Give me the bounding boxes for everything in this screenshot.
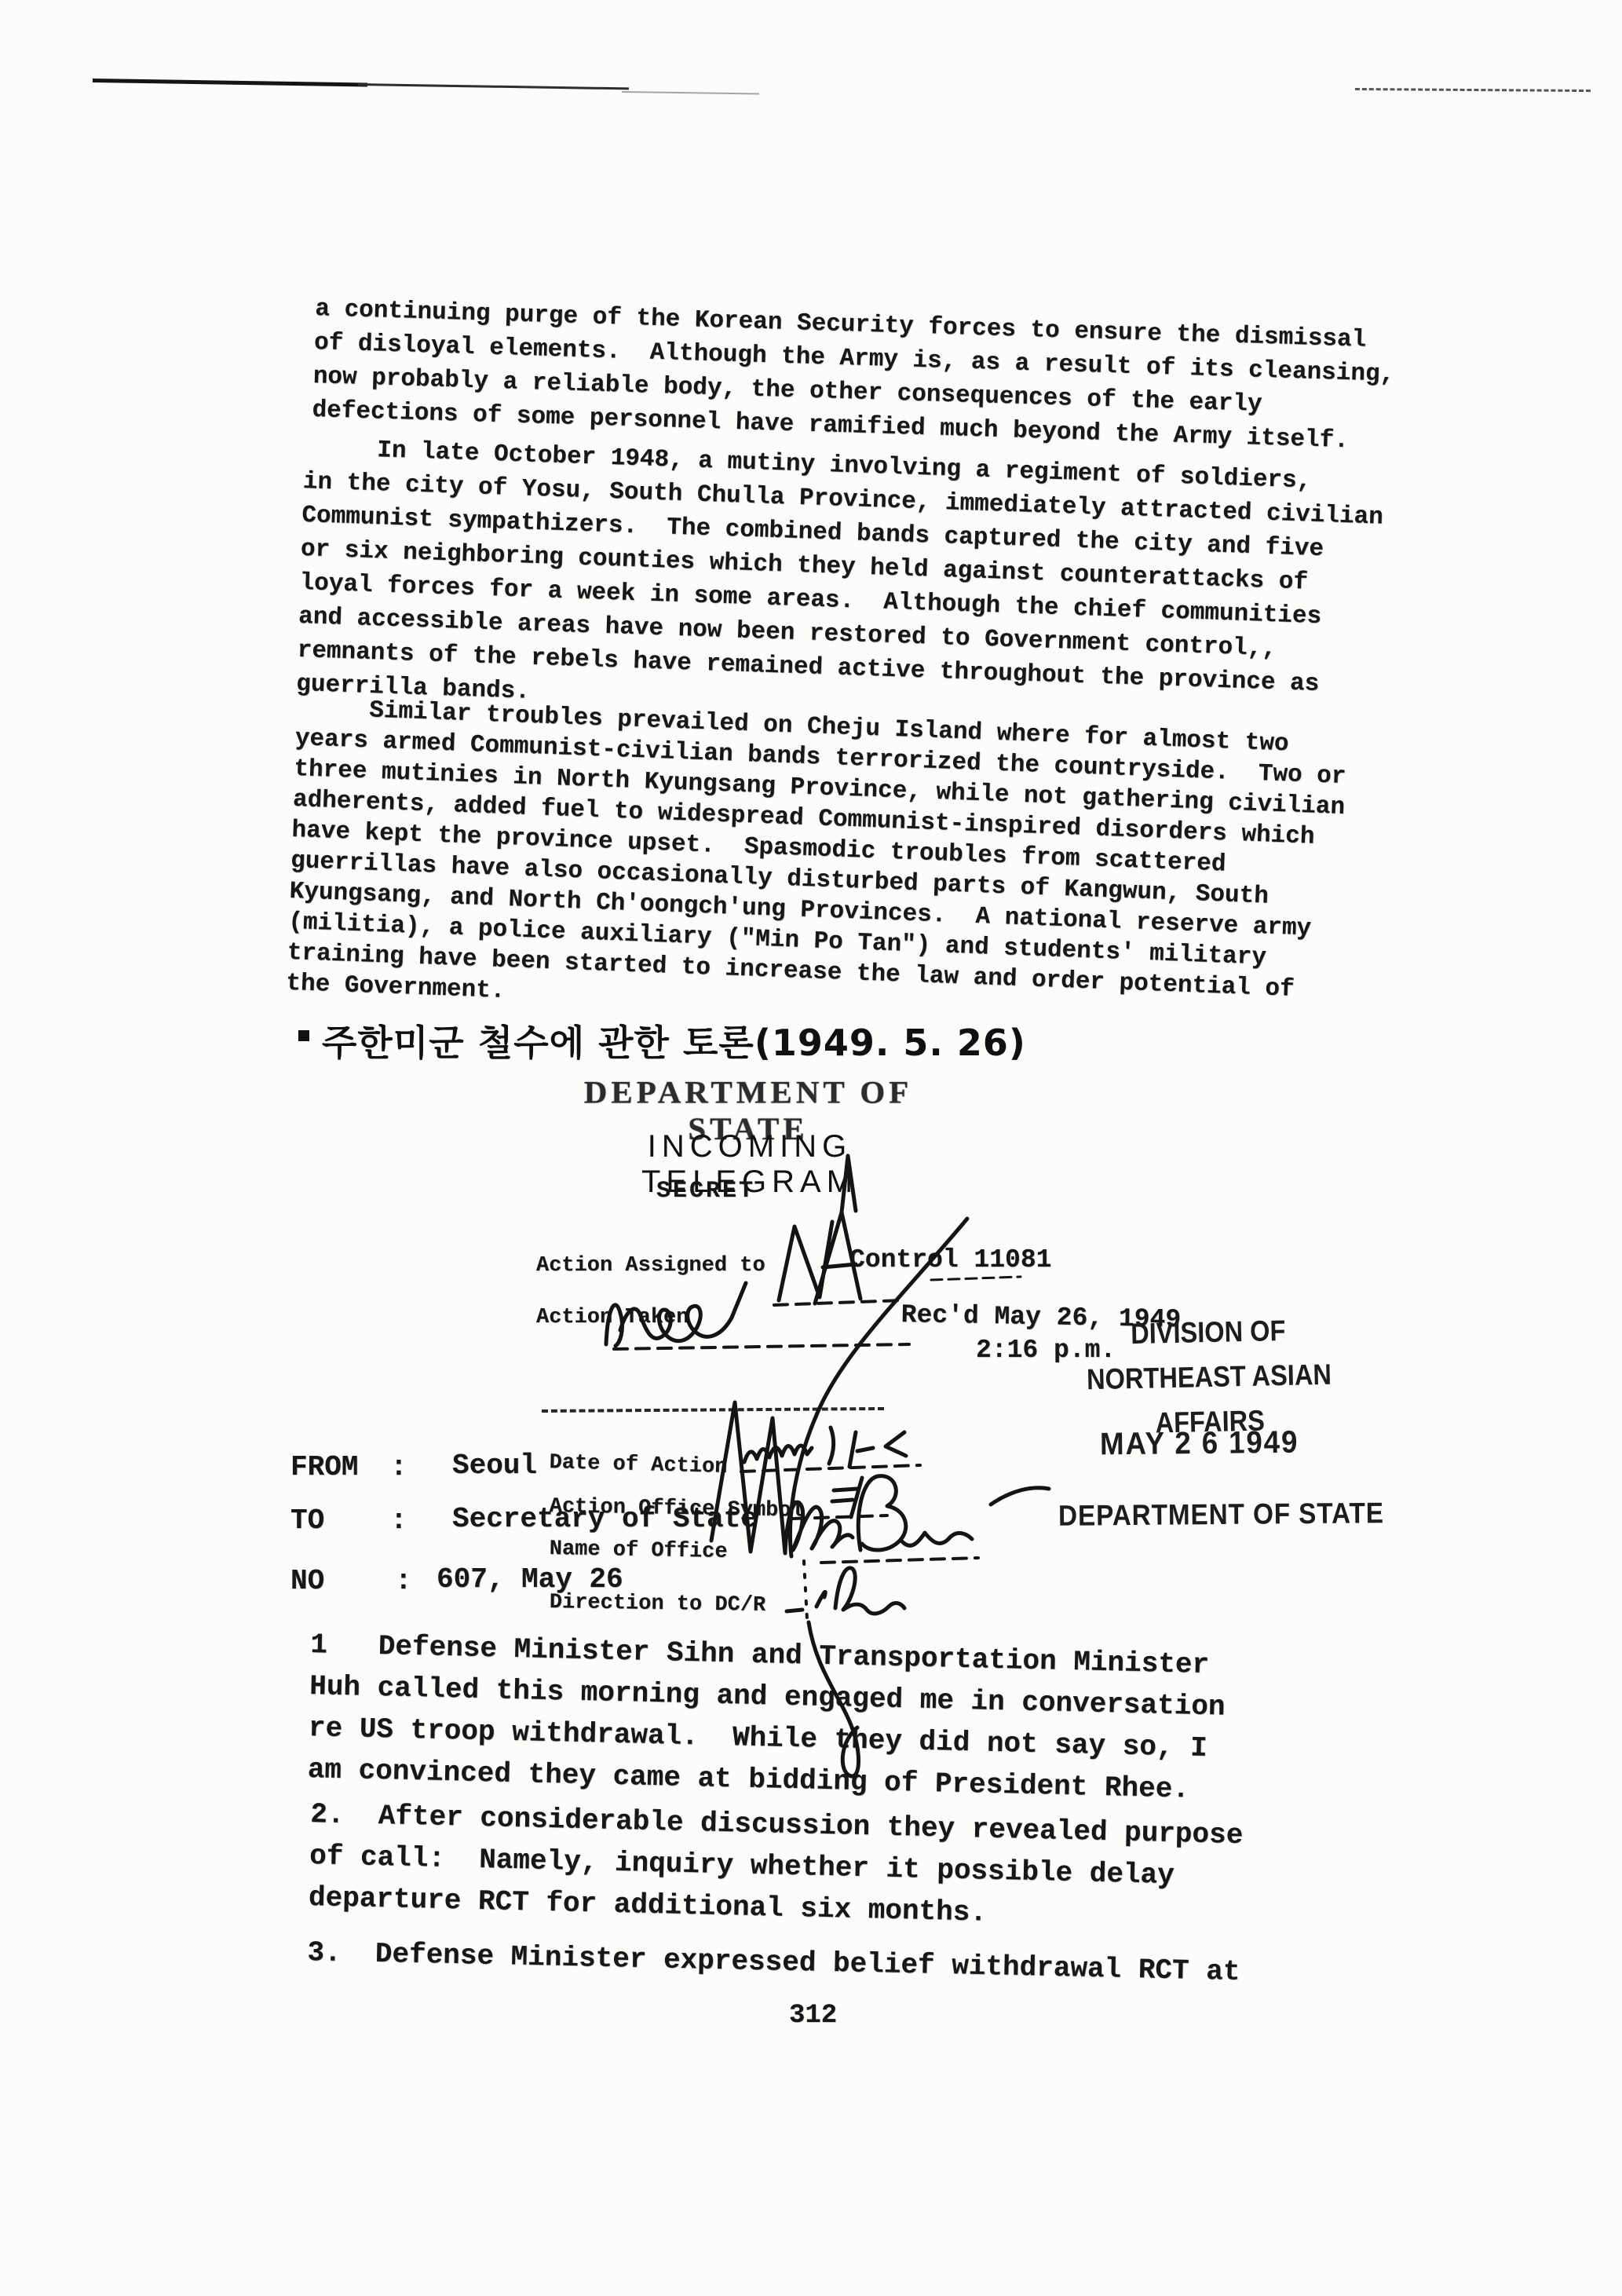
symbol-underline-dashes — [793, 1515, 887, 1519]
page-number: 312 — [789, 2001, 837, 2031]
square-bullet-icon — [298, 1030, 309, 1041]
action-taken-underline-dashes — [614, 1344, 909, 1349]
signature-tail — [901, 1533, 972, 1545]
direction-flourish — [816, 1568, 904, 1614]
dotted-vertical-stroke — [804, 1561, 807, 1619]
scan-edge-dashes-right — [1355, 88, 1591, 92]
from-value: Seoul — [452, 1450, 537, 1482]
control-number-underline — [931, 1277, 1021, 1280]
signature-b-loop — [858, 1476, 906, 1550]
korean-heading-text: 주한미군 철수에 관한 토론(1949. 5. 26) — [322, 1022, 1026, 1064]
no-label: NO — [290, 1565, 324, 1597]
date-received-stamp: MAY 2 6 1949 — [1100, 1425, 1299, 1463]
from-label: FROM — [290, 1451, 358, 1483]
report-paragraph-2: In late October 1948, a mutiny involving… — [296, 431, 1385, 737]
telegram-paragraph-3: 3. Defense Minister expressed belief wit… — [307, 1932, 1240, 1993]
assigned-underline-dashes — [774, 1300, 901, 1305]
direction-dash — [787, 1610, 802, 1611]
action-taken-label: Action Taken — [536, 1306, 689, 1329]
date-of-action-mark-4 — [849, 1432, 873, 1467]
report-paragraph-3: Similar troubles prevailed on Cheju Isla… — [286, 693, 1348, 1037]
signature-e-mark — [832, 1478, 862, 1517]
no-separator: : — [395, 1565, 412, 1597]
name-of-office-label: Name of Office — [549, 1537, 727, 1564]
date-of-action-wave — [744, 1446, 812, 1462]
report-paragraph-1: a continuing purge of the Korean Securit… — [312, 292, 1396, 459]
division-stamp-line1: DIVISION OF — [1029, 1306, 1386, 1358]
scanned-telegram-page: { "artifacts": { "top_left_line": "scan-… — [0, 0, 1622, 2296]
scan-edge-line-mid — [358, 83, 629, 90]
form-dashed-separator — [542, 1407, 884, 1413]
from-separator: : — [390, 1451, 407, 1483]
to-label: TO — [290, 1504, 324, 1537]
control-number: Control 11081 — [849, 1245, 1051, 1274]
name-of-office-dashes — [821, 1558, 978, 1563]
action-assigned-label: Action Assigned to — [536, 1254, 765, 1278]
date-of-action-underline-dashes — [741, 1465, 920, 1472]
telegram-paragraph-2: 2. After considerable discussion they re… — [308, 1793, 1244, 1940]
korean-heading: 주한미군 철수에 관한 토론(1949. 5. 26) — [298, 1015, 1026, 1066]
telegram-paragraph-1: 1 Defense Minister Sihn and Transportati… — [307, 1624, 1226, 1811]
scan-edge-line-left — [93, 79, 367, 86]
classification-secret: SECRET — [656, 1178, 755, 1205]
direction-to-dcr-label: Direction to DC/R — [550, 1591, 766, 1618]
date-of-action-mark-1 — [829, 1428, 834, 1464]
handwritten-na-n — [779, 1222, 832, 1300]
department-of-state-stamp: DEPARTMENT OF STATE — [1058, 1497, 1384, 1533]
date-of-action-label: Date of Action — [549, 1451, 728, 1479]
scan-edge-line-faint — [622, 91, 759, 94]
signature-flick — [991, 1488, 1049, 1504]
date-of-action-mark-check — [886, 1432, 906, 1456]
to-separator: : — [390, 1504, 407, 1537]
action-office-symbol-label: Action Office Symbol — [549, 1495, 804, 1523]
